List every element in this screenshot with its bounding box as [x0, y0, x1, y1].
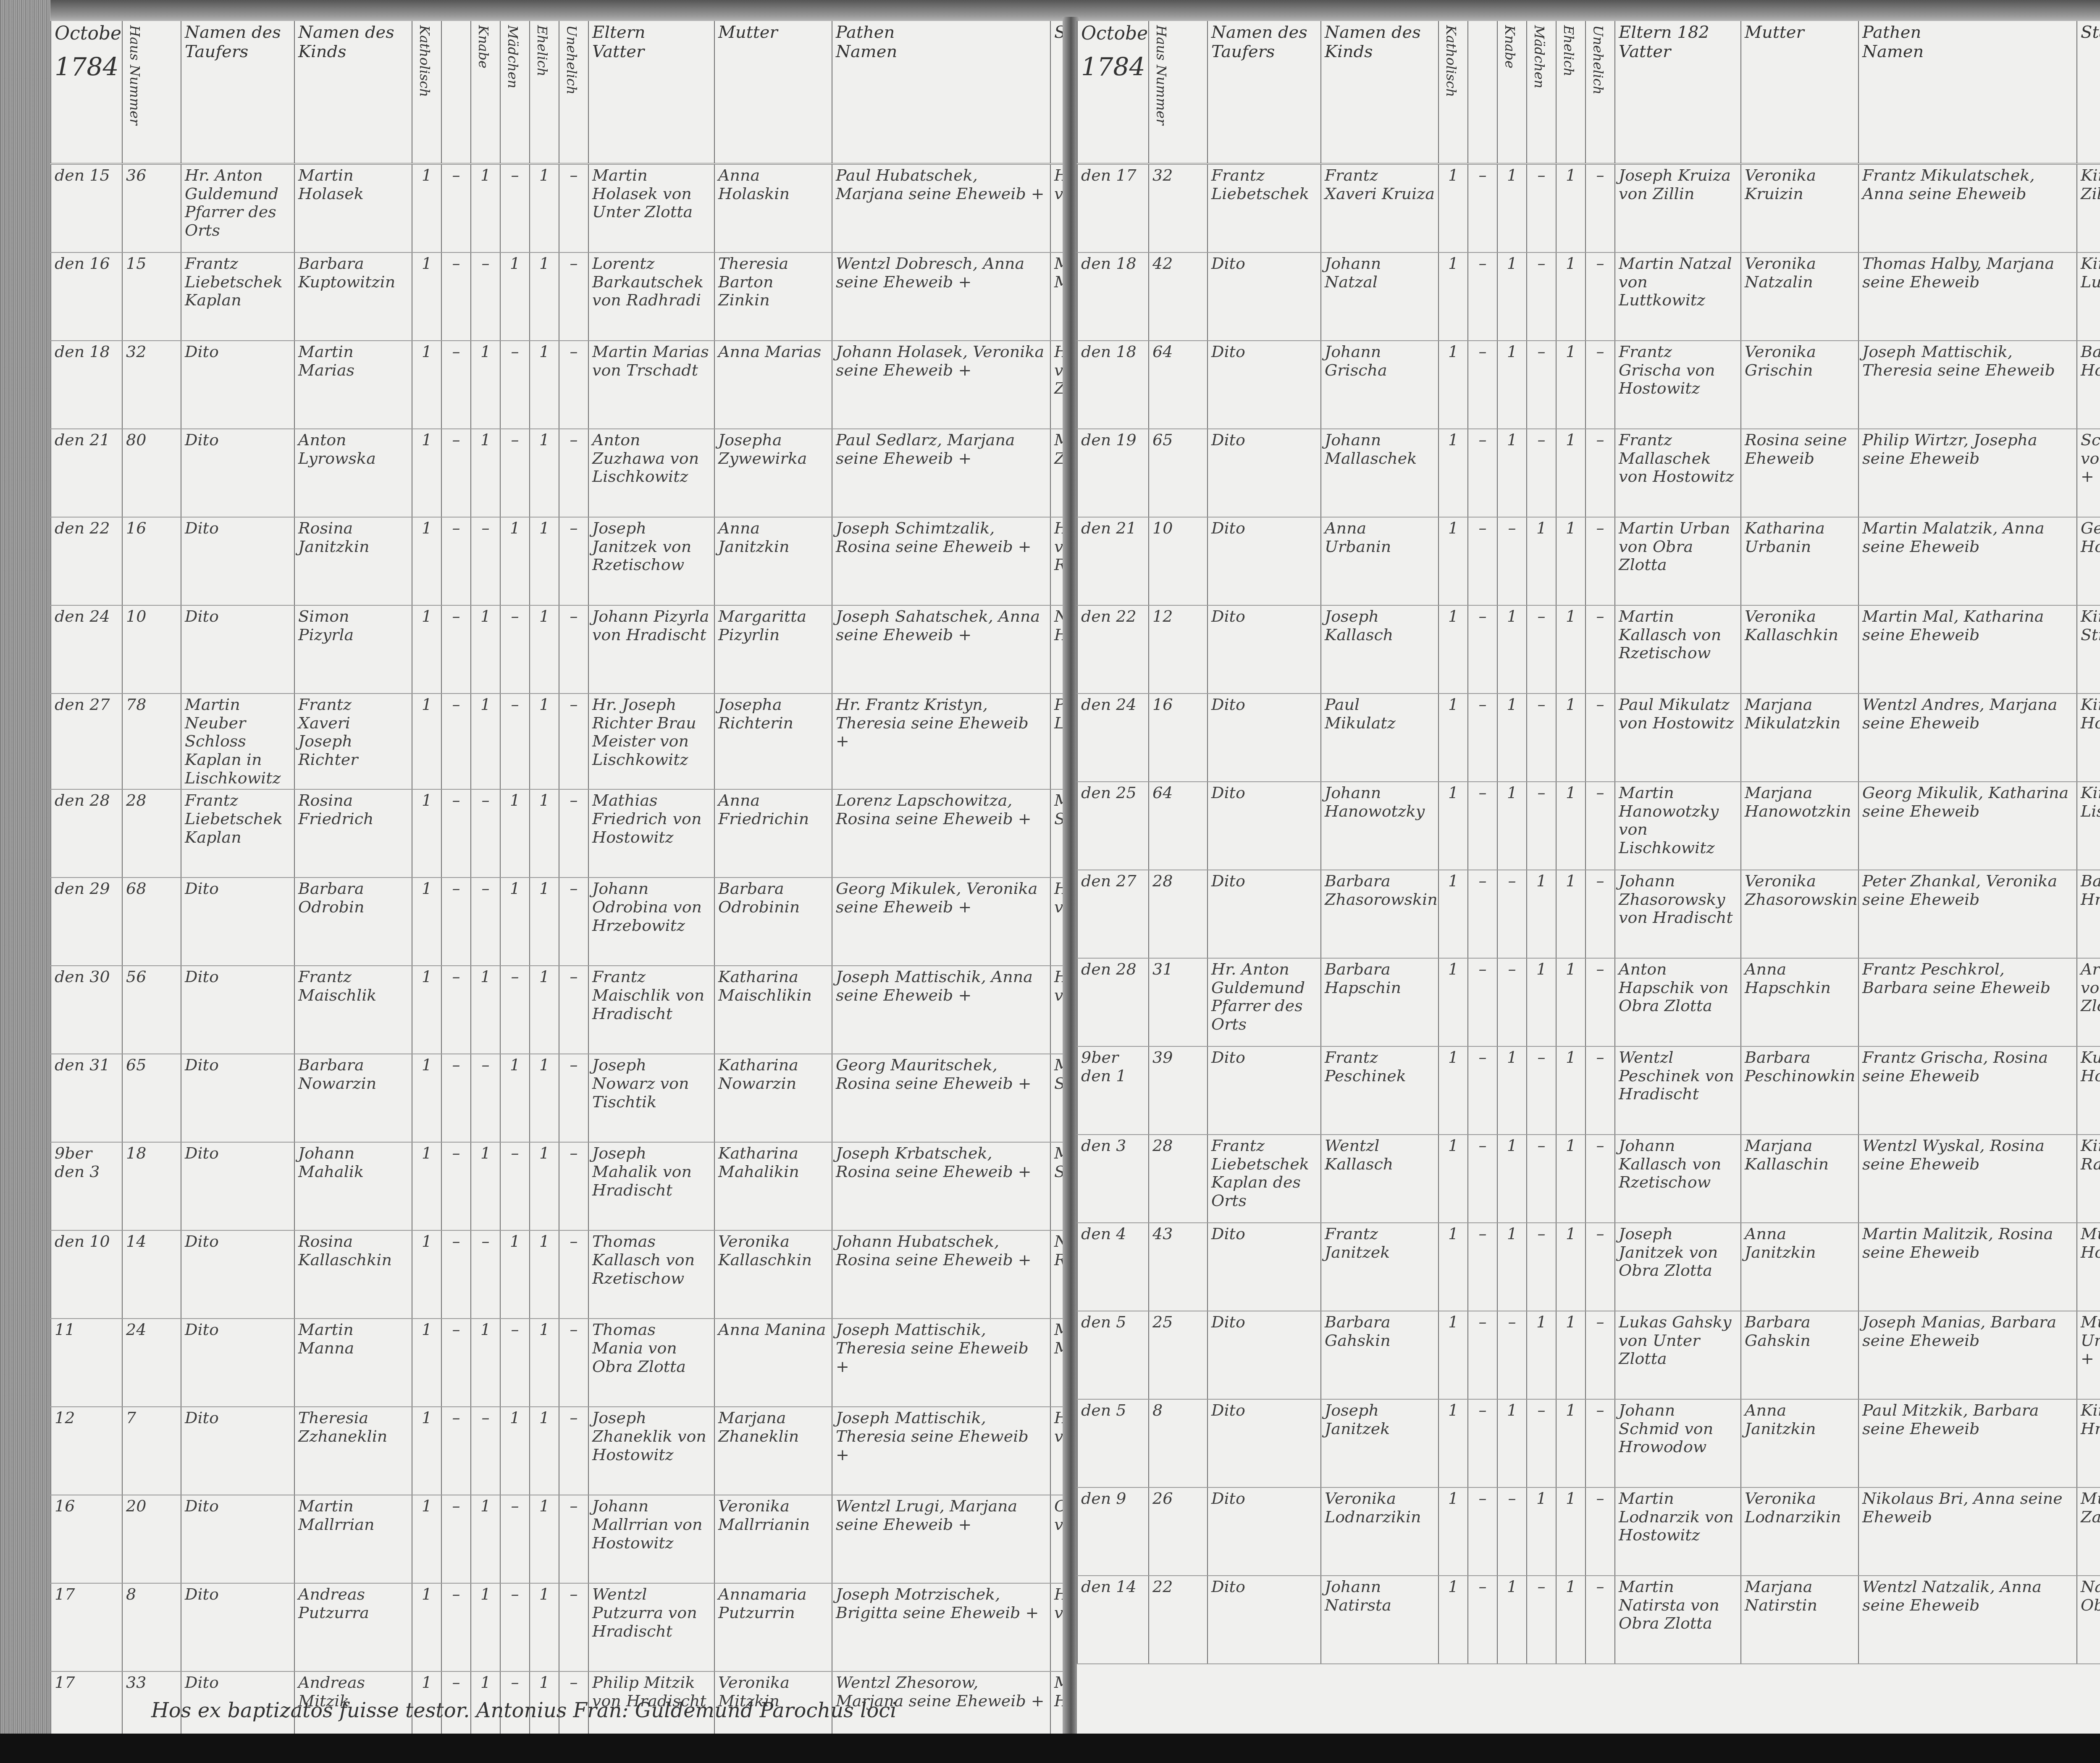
- cell-tick: 1: [500, 789, 530, 878]
- cell-house-number: 25: [1149, 1311, 1207, 1399]
- cell-priest: Dito: [181, 1054, 294, 1142]
- cell-tick: –: [441, 1319, 471, 1407]
- left-register-body: den 1536Hr. Anton Guldemund Pfarrer des …: [51, 164, 1176, 1760]
- header-house: Haus Nummer: [1149, 21, 1207, 164]
- cell-tick: 1: [1438, 605, 1468, 694]
- cell-tick: –: [441, 1142, 471, 1230]
- cell-mother: Annamaria Putzurrin: [714, 1583, 832, 1671]
- cell-tick: –: [1468, 1223, 1497, 1311]
- cell-father: Paul Mikulatz von Hostowitz: [1615, 694, 1741, 782]
- cell-priest: Dito: [181, 429, 294, 517]
- cell-tick: –: [441, 966, 471, 1054]
- cell-priest: Dito: [181, 517, 294, 605]
- table-row: den 3165DitoBarbara Nowarzin1––11–Joseph…: [51, 1054, 1176, 1142]
- cell-priest: Martin Neuber Schloss Kaplan in Lischkow…: [181, 694, 294, 789]
- cell-tick: –: [500, 605, 530, 694]
- cell-tick: –: [441, 252, 471, 341]
- cell-mother: Veronika Kruizin: [1741, 164, 1858, 252]
- cell-stand: Kirchner von Ratribos +: [2077, 1135, 2100, 1223]
- table-row: 9ber den 318DitoJohann Mahalik1–1–1–Jose…: [51, 1142, 1176, 1230]
- cell-house-number: 24: [122, 1319, 181, 1407]
- cell-godparents: Joseph Schimtzalik, Rosina seine Eheweib…: [832, 517, 1050, 605]
- cell-tick: 1: [500, 252, 530, 341]
- cell-tick: 1: [1438, 958, 1468, 1046]
- cell-godparents: Joseph Mattischik, Theresia seine Ehewei…: [832, 1407, 1050, 1495]
- cell-priest: Dito: [181, 605, 294, 694]
- cell-godparents: Georg Mikulik, Katharina seine Eheweib: [1858, 782, 2077, 870]
- cell-tick: –: [500, 966, 530, 1054]
- cell-mother: Veronika Natzalin: [1741, 252, 1858, 341]
- cell-tick: –: [500, 341, 530, 429]
- cell-child-name: Frantz Janitzek: [1321, 1223, 1438, 1311]
- table-row: den 2778Martin Neuber Schloss Kaplan in …: [51, 694, 1176, 789]
- cell-tick: –: [471, 517, 500, 605]
- cell-child-name: Johann Mallaschek: [1321, 429, 1438, 517]
- right-page: October 1784 Haus Nummer Namen des Taufe…: [1075, 21, 2100, 1739]
- cell-tick: 1: [1497, 605, 1527, 694]
- cell-tick: 1: [1556, 164, 1585, 252]
- cell-tick: –: [1585, 605, 1615, 694]
- cell-tick: –: [1585, 429, 1615, 517]
- cell-mother: Barbara Peschinowkin: [1741, 1046, 1858, 1135]
- cell-tick: 1: [1527, 1487, 1556, 1576]
- cell-godparents: Frantz Grischa, Rosina seine Eheweib: [1858, 1046, 2077, 1135]
- cell-tick: 1: [1438, 870, 1468, 958]
- cell-father: Anton Zuzhawa von Lischkowitz: [588, 429, 714, 517]
- cell-tick: 1: [1556, 605, 1585, 694]
- cell-house-number: 10: [122, 605, 181, 694]
- cell-tick: 1: [1438, 1046, 1468, 1135]
- cell-child-name: Joseph Kallasch: [1321, 605, 1438, 694]
- cell-date: den 15: [51, 164, 122, 252]
- cell-tick: –: [1585, 517, 1615, 605]
- header-child: Namen des Kinds: [1321, 21, 1438, 164]
- cell-tick: –: [441, 164, 471, 252]
- cell-child-name: Barbara Odrobin: [294, 878, 412, 966]
- cell-tick: –: [1585, 1135, 1615, 1223]
- cell-godparents: Joseph Mattischik, Anna seine Eheweib +: [832, 966, 1050, 1054]
- cell-tick: 1: [530, 252, 559, 341]
- cell-tick: 1: [1438, 1399, 1468, 1487]
- cell-mother: Josepha Zywewirka: [714, 429, 832, 517]
- cell-house-number: 22: [1149, 1576, 1207, 1664]
- cell-house-number: 18: [122, 1142, 181, 1230]
- cell-godparents: Wentzl Lrugi, Marjana seine Eheweib +: [832, 1495, 1050, 1583]
- cell-tick: –: [559, 1230, 588, 1319]
- table-row: den 58DitoJoseph Janitzek1–1–1–Johann Sc…: [1077, 1399, 2100, 1487]
- cell-tick: –: [500, 1583, 530, 1671]
- header-illegit: Unehelich: [1585, 21, 1615, 164]
- cell-father: Martin Lodnarzik von Hostowitz: [1615, 1487, 1741, 1576]
- cell-tick: –: [559, 429, 588, 517]
- cell-tick: 1: [1497, 694, 1527, 782]
- cell-house-number: 39: [1149, 1046, 1207, 1135]
- cell-tick: 1: [530, 164, 559, 252]
- cell-mother: Anna Janitzkin: [714, 517, 832, 605]
- cell-house-number: 64: [1149, 341, 1207, 429]
- cell-house-number: 14: [122, 1230, 181, 1319]
- cell-date: 11: [51, 1319, 122, 1407]
- cell-tick: –: [1497, 1487, 1527, 1576]
- cell-tick: 1: [1438, 252, 1468, 341]
- cell-house-number: 64: [1149, 782, 1207, 870]
- cell-tick: –: [1527, 605, 1556, 694]
- header-mother: Mutter: [714, 21, 832, 164]
- cell-tick: 1: [412, 605, 441, 694]
- cell-mother: Marjana Natirstin: [1741, 1576, 1858, 1664]
- cell-house-number: 42: [1149, 252, 1207, 341]
- cell-tick: 1: [471, 1319, 500, 1407]
- cell-father: Johann Mallrrian von Hostowitz: [588, 1495, 714, 1583]
- cell-father: Martin Kallasch von Rzetischow: [1615, 605, 1741, 694]
- cell-tick: 1: [471, 429, 500, 517]
- header-date: October 1784: [1077, 21, 1149, 164]
- cell-tick: –: [500, 1319, 530, 1407]
- cell-tick: 1: [471, 341, 500, 429]
- cell-tick: 1: [1556, 1311, 1585, 1399]
- cell-godparents: Philip Wirtzr, Josepha seine Eheweib: [1858, 429, 2077, 517]
- cell-tick: 1: [1497, 1046, 1527, 1135]
- cell-mother: Katharina Urbanin: [1741, 517, 1858, 605]
- table-row: den 2831Hr. Anton Guldemund Pfarrer des …: [1077, 958, 2100, 1046]
- right-register-body: den 1732Frantz LiebetschekFrantz Xaveri …: [1077, 164, 2100, 1664]
- cell-date: den 24: [51, 605, 122, 694]
- cell-child-name: Frantz Xaveri Joseph Richter: [294, 694, 412, 789]
- cell-priest: Dito: [181, 878, 294, 966]
- cell-house-number: 8: [122, 1583, 181, 1671]
- cell-child-name: Johann Hanowotzky: [1321, 782, 1438, 870]
- cell-tick: –: [1585, 958, 1615, 1046]
- cell-mother: Veronika Mallrrianin: [714, 1495, 832, 1583]
- cell-tick: –: [559, 1054, 588, 1142]
- right-header-row: October 1784 Haus Nummer Namen des Taufe…: [1077, 21, 2100, 164]
- cell-date: den 17: [1077, 164, 1149, 252]
- cell-date: den 4: [1077, 1223, 1149, 1311]
- cell-father: Thomas Mania von Obra Zlotta: [588, 1319, 714, 1407]
- cell-date: den 21: [51, 429, 122, 517]
- cell-tick: –: [559, 1495, 588, 1583]
- cell-tick: –: [1497, 958, 1527, 1046]
- table-row: den 3056DitoFrantz Maischlik1–1–1–Frantz…: [51, 966, 1176, 1054]
- cell-tick: 1: [1438, 1223, 1468, 1311]
- cell-tick: –: [559, 517, 588, 605]
- cell-father: Lukas Gahsky von Unter Zlotta: [1615, 1311, 1741, 1399]
- cell-tick: –: [1468, 1487, 1497, 1576]
- cell-tick: 1: [412, 517, 441, 605]
- table-row: 1124DitoMartin Manna1–1–1–Thomas Mania v…: [51, 1319, 1176, 1407]
- cell-godparents: Joseph Mattischik, Theresia seine Ehewei…: [832, 1319, 1050, 1407]
- cell-tick: –: [441, 605, 471, 694]
- cell-priest: Frantz Liebetschek Kaplan: [181, 789, 294, 878]
- cell-tick: –: [1527, 1135, 1556, 1223]
- cell-tick: 1: [1497, 782, 1527, 870]
- cell-date: den 16: [51, 252, 122, 341]
- cell-tick: 1: [530, 878, 559, 966]
- cell-tick: –: [559, 252, 588, 341]
- cell-tick: –: [500, 1495, 530, 1583]
- cell-tick: –: [1585, 1399, 1615, 1487]
- cell-date: den 28: [51, 789, 122, 878]
- header-priest: Namen des Taufers: [1207, 21, 1321, 164]
- cell-priest: Dito: [181, 1142, 294, 1230]
- cell-tick: –: [471, 789, 500, 878]
- table-row: den 2968DitoBarbara Odrobin1––11–Johann …: [51, 878, 1176, 966]
- cell-tick: 1: [471, 694, 500, 789]
- cell-tick: 1: [412, 252, 441, 341]
- cell-tick: –: [559, 878, 588, 966]
- cell-godparents: Wentzl Natzalik, Anna seine Eheweib: [1858, 1576, 2077, 1664]
- cell-child-name: Anton Lyrowska: [294, 429, 412, 517]
- cell-father: Joseph Mahalik von Hradischt: [588, 1142, 714, 1230]
- cell-priest: Dito: [1207, 870, 1321, 958]
- cell-tick: 1: [530, 429, 559, 517]
- cell-tick: 1: [500, 1407, 530, 1495]
- cell-mother: Anna Hapschkin: [1741, 958, 1858, 1046]
- cell-tick: 1: [1556, 252, 1585, 341]
- cell-priest: Dito: [181, 1319, 294, 1407]
- cell-priest: Dito: [181, 1230, 294, 1319]
- cell-date: den 3: [1077, 1135, 1149, 1223]
- left-page: October 1784 Haus Nummer Namen des Taufe…: [50, 21, 1068, 1739]
- cell-child-name: Paul Mikulatz: [1321, 694, 1438, 782]
- header-boy: Knabe: [1497, 21, 1527, 164]
- cell-godparents: Martin Mal, Katharina seine Eheweib: [1858, 605, 2077, 694]
- cell-tick: –: [1468, 164, 1497, 252]
- cell-father: Lorentz Barkautschek von Radhradi: [588, 252, 714, 341]
- cell-godparents: Georg Mikulek, Veronika seine Eheweib +: [832, 878, 1050, 966]
- cell-child-name: Barbara Gahskin: [1321, 1311, 1438, 1399]
- cell-tick: 1: [500, 1230, 530, 1319]
- cell-stand: Kirchner von Hostowitz +: [2077, 694, 2100, 782]
- cell-date: den 19: [1077, 429, 1149, 517]
- cell-child-name: Johann Grischa: [1321, 341, 1438, 429]
- cell-tick: –: [1585, 694, 1615, 782]
- cell-father: Johann Kallasch von Rzetischow: [1615, 1135, 1741, 1223]
- cell-stand: Kirchner von Strwodow +: [2077, 605, 2100, 694]
- cell-tick: 1: [1556, 1046, 1585, 1135]
- cell-tick: –: [1527, 1576, 1556, 1664]
- cell-stand: Gemeine von Hostowitz +: [2077, 517, 2100, 605]
- cell-stand: Bauer von Hradischt +: [2077, 870, 2100, 958]
- header-blank: [441, 21, 471, 164]
- cell-child-name: Frantz Maischlik: [294, 966, 412, 1054]
- header-godparents: PathenNamen: [832, 21, 1050, 164]
- cell-tick: –: [1497, 1311, 1527, 1399]
- cell-date: den 31: [51, 1054, 122, 1142]
- cell-house-number: 15: [122, 252, 181, 341]
- cell-priest: Dito: [1207, 694, 1321, 782]
- cell-date: den 21: [1077, 517, 1149, 605]
- cell-child-name: Veronika Lodnarzikin: [1321, 1487, 1438, 1576]
- header-legit: Ehelich: [1556, 21, 1585, 164]
- cell-tick: –: [1585, 1576, 1615, 1664]
- cell-father: Anton Hapschik von Obra Zlotta: [1615, 958, 1741, 1046]
- cell-date: 9ber den 3: [51, 1142, 122, 1230]
- cell-tick: –: [1585, 870, 1615, 958]
- cell-house-number: 65: [122, 1054, 181, 1142]
- cell-tick: –: [441, 341, 471, 429]
- cell-child-name: Joseph Janitzek: [1321, 1399, 1438, 1487]
- table-row: 178DitoAndreas Putzurra1–1–1–Wentzl Putz…: [51, 1583, 1176, 1671]
- cell-father: Johann Odrobina von Hrzebowitz: [588, 878, 714, 966]
- cell-mother: Margaritta Pizyrlin: [714, 605, 832, 694]
- cell-godparents: Thomas Halby, Marjana seine Eheweib: [1858, 252, 2077, 341]
- cell-father: Wentzl Peschinek von Hradischt: [1615, 1046, 1741, 1135]
- cell-tick: –: [1585, 164, 1615, 252]
- cell-tick: 1: [1556, 1399, 1585, 1487]
- cell-tick: 1: [1527, 1311, 1556, 1399]
- cell-house-number: 26: [1149, 1487, 1207, 1576]
- cell-tick: –: [441, 517, 471, 605]
- cell-priest: Frantz Liebetschek Kaplan: [181, 252, 294, 341]
- cell-tick: 1: [1438, 1135, 1468, 1223]
- cell-date: den 18: [1077, 252, 1149, 341]
- cell-tick: 1: [530, 1142, 559, 1230]
- cell-date: den 9: [1077, 1487, 1149, 1576]
- table-row: den 1732Frantz LiebetschekFrantz Xaveri …: [1077, 164, 2100, 252]
- cell-tick: 1: [412, 341, 441, 429]
- cell-tick: 1: [530, 966, 559, 1054]
- cell-house-number: 31: [1149, 958, 1207, 1046]
- table-row: den 2212DitoJoseph Kallasch1–1–1–Martin …: [1077, 605, 2100, 694]
- cell-tick: 1: [412, 1319, 441, 1407]
- cell-tick: –: [500, 694, 530, 789]
- cell-tick: 1: [530, 789, 559, 878]
- cell-date: den 5: [1077, 1399, 1149, 1487]
- cell-mother: Veronika Kallaschkin: [1741, 605, 1858, 694]
- cell-priest: Dito: [1207, 1399, 1321, 1487]
- cell-tick: –: [441, 1583, 471, 1671]
- cell-tick: –: [1527, 782, 1556, 870]
- cell-tick: –: [471, 252, 500, 341]
- cell-tick: –: [1585, 1487, 1615, 1576]
- cell-godparents: Peter Zhankal, Veronika seine Eheweib: [1858, 870, 2077, 958]
- cell-tick: –: [559, 1407, 588, 1495]
- cell-house-number: 68: [122, 878, 181, 966]
- cell-mother: Theresia Barton Zinkin: [714, 252, 832, 341]
- header-girl: Mädchen: [1527, 21, 1556, 164]
- cell-tick: 1: [1497, 1576, 1527, 1664]
- cell-tick: 1: [412, 429, 441, 517]
- table-row: den 1422DitoJohann Natirsta1–1–1–Martin …: [1077, 1576, 2100, 1664]
- cell-godparents: Wentzl Wyskal, Rosina seine Eheweib: [1858, 1135, 2077, 1223]
- cell-child-name: Martin Mallrrian: [294, 1495, 412, 1583]
- cell-godparents: Lorenz Lapschowitza, Rosina seine Ehewei…: [832, 789, 1050, 878]
- cell-tick: –: [559, 341, 588, 429]
- cell-tick: –: [1585, 252, 1615, 341]
- cell-tick: 1: [471, 605, 500, 694]
- cell-tick: 1: [1438, 1576, 1468, 1664]
- cell-child-name: Theresia Zzhaneklin: [294, 1407, 412, 1495]
- cell-tick: 1: [1556, 1487, 1585, 1576]
- table-row: 9ber den 139DitoFrantz Peschinek1–1–1–We…: [1077, 1046, 2100, 1135]
- cell-house-number: 28: [1149, 1135, 1207, 1223]
- cell-tick: 1: [1438, 517, 1468, 605]
- header-stand: Stand: [2077, 21, 2100, 164]
- cell-tick: 1: [1527, 870, 1556, 958]
- cell-tick: 1: [412, 966, 441, 1054]
- cell-house-number: 8: [1149, 1399, 1207, 1487]
- table-row: den 525DitoBarbara Gahskin1––11–Lukas Ga…: [1077, 1311, 2100, 1399]
- cell-house-number: 16: [122, 517, 181, 605]
- cell-tick: 1: [471, 966, 500, 1054]
- cell-tick: –: [1468, 1576, 1497, 1664]
- cell-tick: –: [1468, 429, 1497, 517]
- cell-date: 9ber den 1: [1077, 1046, 1149, 1135]
- table-row: den 1864DitoJohann Grischa1–1–1–Frantz G…: [1077, 341, 2100, 429]
- cell-tick: –: [559, 605, 588, 694]
- header-priest: Namen des Taufers: [181, 21, 294, 164]
- cell-child-name: Johann Mahalik: [294, 1142, 412, 1230]
- cell-house-number: 7: [122, 1407, 181, 1495]
- cell-tick: 1: [530, 694, 559, 789]
- cell-priest: Dito: [181, 1583, 294, 1671]
- cell-tick: 1: [530, 1495, 559, 1583]
- cell-house-number: 43: [1149, 1223, 1207, 1311]
- cell-house-number: 32: [122, 341, 181, 429]
- cell-tick: –: [559, 164, 588, 252]
- cell-tick: –: [1527, 429, 1556, 517]
- cell-child-name: Martin Holasek: [294, 164, 412, 252]
- cell-date: den 25: [1077, 782, 1149, 870]
- table-row: den 2410DitoSimon Pizyrla1–1–1–Johann Pi…: [51, 605, 1176, 694]
- table-row: den 1536Hr. Anton Guldemund Pfarrer des …: [51, 164, 1176, 252]
- cell-father: Joseph Nowarz von Tischtik: [588, 1054, 714, 1142]
- cell-tick: –: [471, 878, 500, 966]
- cell-mother: Katharina Nowarzin: [714, 1054, 832, 1142]
- cell-mother: Marjana Kallaschin: [1741, 1135, 1858, 1223]
- cell-tick: 1: [1556, 694, 1585, 782]
- cell-tick: 1: [1527, 958, 1556, 1046]
- cell-mother: Barbara Odrobinin: [714, 878, 832, 966]
- cell-tick: –: [471, 1054, 500, 1142]
- cell-house-number: 36: [122, 164, 181, 252]
- header-father: ElternVatter: [588, 21, 714, 164]
- cell-child-name: Anna Urbanin: [1321, 517, 1438, 605]
- cell-tick: 1: [1497, 252, 1527, 341]
- cell-house-number: 78: [122, 694, 181, 789]
- cell-father: Martin Holasek von Unter Zlotta: [588, 164, 714, 252]
- left-register-table: October 1784 Haus Nummer Namen des Taufe…: [50, 21, 1176, 1760]
- cell-house-number: 32: [1149, 164, 1207, 252]
- cell-tick: 1: [1438, 341, 1468, 429]
- cell-stand: Kirchner von Hrowodow +: [2077, 1399, 2100, 1487]
- cell-mother: Anna Manina: [714, 1319, 832, 1407]
- cell-house-number: 56: [122, 966, 181, 1054]
- book-bottom-edge: [0, 1734, 2100, 1763]
- cell-child-name: Barbara Nowarzin: [294, 1054, 412, 1142]
- cell-priest: Dito: [181, 341, 294, 429]
- cell-father: Martin Natzal von Luttkowitz: [1615, 252, 1741, 341]
- cell-tick: 1: [1556, 429, 1585, 517]
- cell-child-name: Andreas Putzurra: [294, 1583, 412, 1671]
- table-row: den 2416DitoPaul Mikulatz1–1–1–Paul Miku…: [1077, 694, 2100, 782]
- cell-tick: 1: [412, 164, 441, 252]
- cell-stand: Kirchner von Lischkowitz +: [2077, 782, 2100, 870]
- book-left-edge: [0, 0, 50, 1763]
- header-father: Eltern 182Vatter: [1615, 21, 1741, 164]
- cell-stand: Bauer von Hostowitz +: [2077, 341, 2100, 429]
- cell-tick: –: [1497, 517, 1527, 605]
- cell-mother: Marjana Hanowotzkin: [1741, 782, 1858, 870]
- cell-stand: Müller von Zahorowitz: [2077, 1487, 2100, 1576]
- cell-godparents: Paul Mitzkik, Barbara seine Eheweib: [1858, 1399, 2077, 1487]
- cell-tick: –: [559, 789, 588, 878]
- cell-mother: Veronika Lodnarzikin: [1741, 1487, 1858, 1576]
- cell-godparents: Frantz Peschkrol, Barbara seine Eheweib: [1858, 958, 2077, 1046]
- cell-date: den 22: [51, 517, 122, 605]
- cell-tick: –: [1468, 517, 1497, 605]
